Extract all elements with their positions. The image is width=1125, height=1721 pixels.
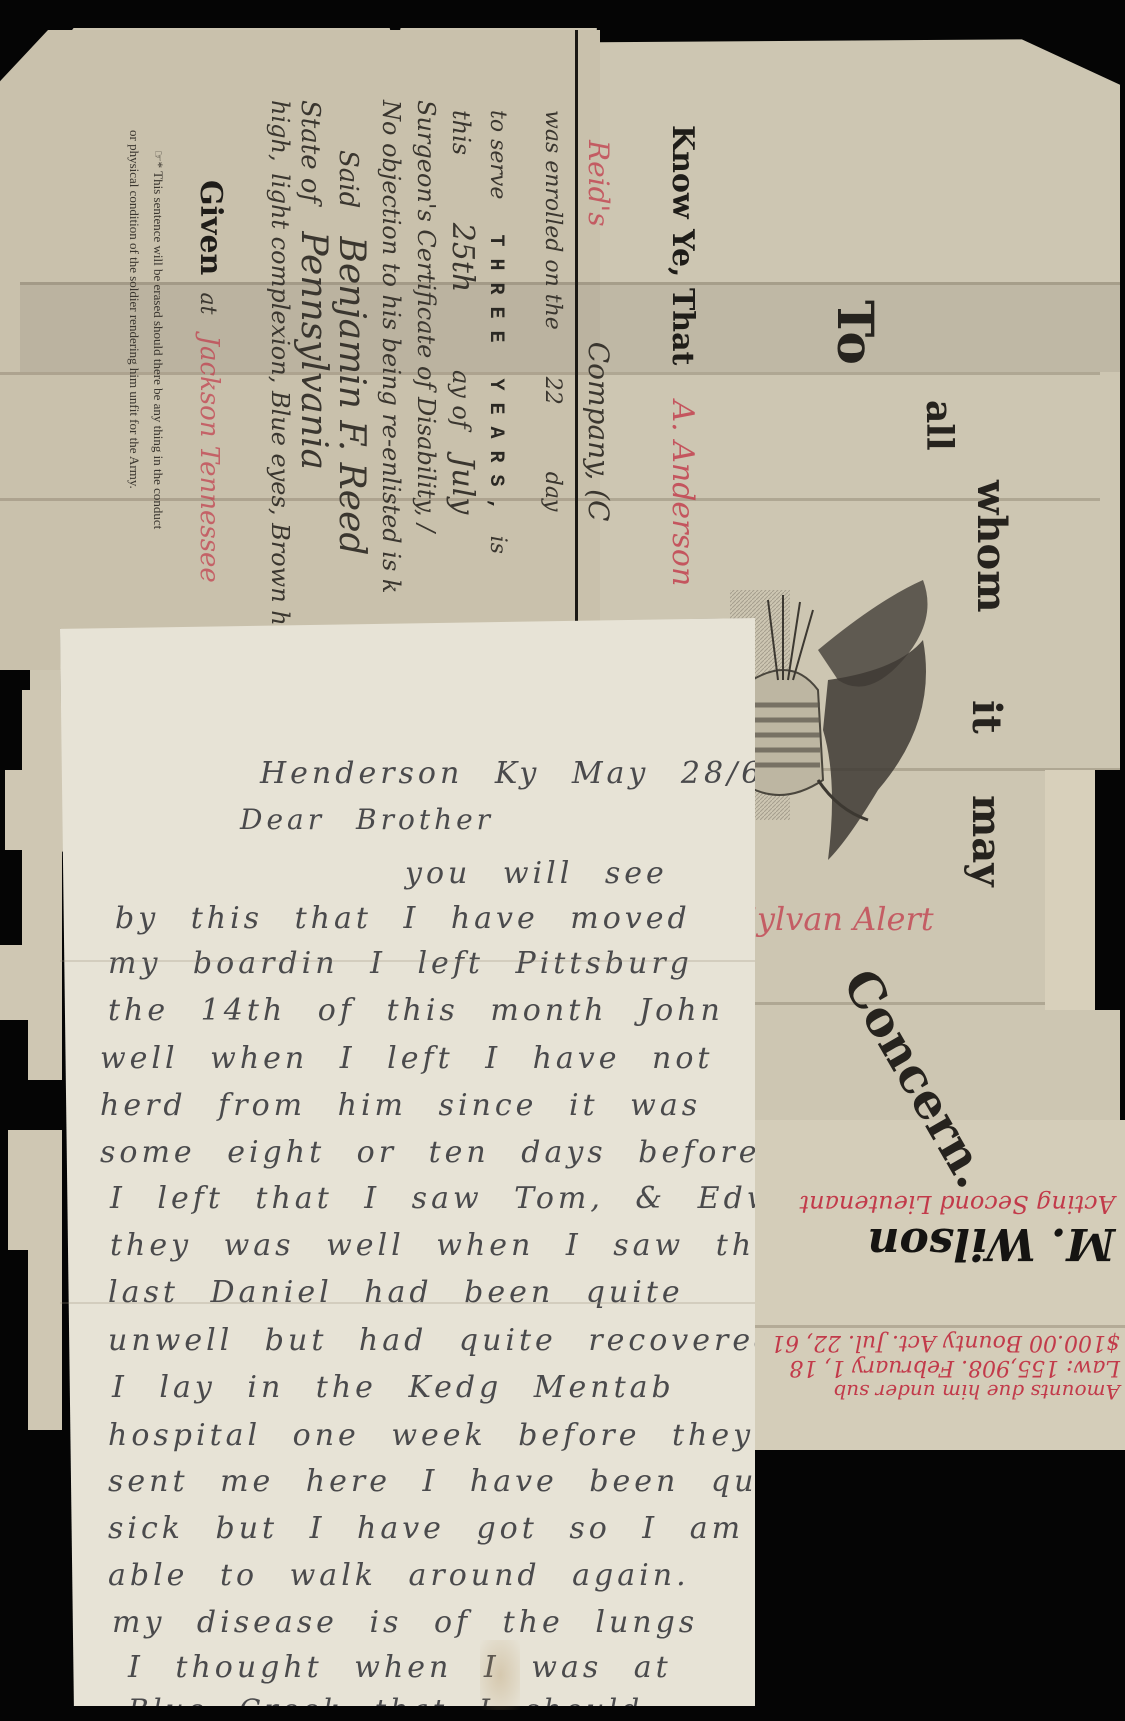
torn-tab (5, 770, 62, 850)
cert-line-enrolled: was enrolled on the 22 day (540, 110, 565, 511)
torn-tab (8, 1130, 62, 1250)
letter-line: sick but I have got so I am (108, 1511, 744, 1546)
background-gap (1095, 770, 1125, 1010)
filled-text: July (445, 456, 480, 514)
letter-line: Blue Creek that I should (128, 1693, 643, 1721)
certificate-footnote-1: ☞* This sentence will be erased should t… (150, 150, 166, 529)
cert-line-said: Said Benjamin F. Reed (331, 150, 372, 555)
letter-heading: Henderson Ky May 28/62 (260, 756, 787, 791)
title-word-whom: whom (968, 480, 1015, 613)
letter-line: herd from him since it was (100, 1088, 701, 1123)
printed-text: State of (295, 100, 325, 203)
filled-text: A. Anderson (665, 400, 700, 586)
handwritten-letter: Henderson Ky May 28/62 Dear Brother you … (60, 618, 755, 1706)
printed-text: to serve (485, 110, 510, 199)
cert-line-surgeon: Surgeon's Certificate of Disability, / (412, 100, 440, 532)
center-fold-crease (575, 30, 578, 650)
letter-line: my disease is of the lungs (112, 1605, 698, 1640)
officer-title: Acting Second Lieutenant (735, 1190, 1115, 1218)
given-at-location: Jackson Tennessee (194, 336, 224, 583)
torn-tab (28, 1020, 62, 1080)
torn-tab (22, 690, 62, 770)
printed-text: high, (266, 100, 294, 162)
given-label: Given (193, 180, 228, 275)
torn-tab (0, 945, 62, 1020)
letter-fold-line (60, 960, 755, 962)
letter-line: you will see (405, 856, 668, 891)
letter-line: I thought when I was at (128, 1650, 672, 1685)
cert-line-reenlist: No objection to his being re-enlisted is… (377, 100, 405, 593)
officer-signature-block: M. Wilson Acting Second Lieutenant (735, 1190, 1115, 1269)
printed-text: this (447, 110, 475, 155)
filled-text: Reid's (582, 140, 615, 227)
eagle-shield-engraving-icon (728, 580, 948, 880)
filled-text: 25th (445, 223, 480, 293)
given-at-line: Given at Jackson Tennessee (193, 180, 228, 583)
cert-line-term: to serve THREE YEARS, is (484, 110, 510, 554)
letter-line: last Daniel had been quite (108, 1275, 684, 1310)
filled-text: Pennsylvania (293, 231, 334, 470)
cert-line-date: this 25th ay of July (445, 110, 480, 514)
letter-salutation: Dear Brother (240, 803, 494, 836)
cert-line-state: State of Pennsylvania (293, 100, 334, 470)
cert-line-company: Reid's Company, (C (582, 140, 615, 521)
paper-stain (480, 1640, 520, 1710)
bounty-note-3: Amounts due him under sub (745, 1380, 1120, 1404)
filled-text: light complexion, Blue eyes, Brown hair (266, 173, 294, 659)
printed-text: ay of (447, 370, 475, 429)
title-word-all: all (918, 400, 960, 451)
printed-text: Company, (C (582, 342, 615, 522)
letter-line: I lay in the Kedg Mentab (112, 1370, 675, 1405)
title-word-it: it (963, 700, 1010, 734)
filled-text: 22 (540, 377, 565, 405)
printed-text: was enrolled on the (540, 110, 565, 330)
letter-line: unwell but had quite recovered (108, 1323, 777, 1358)
letter-line: well when I left I have not (100, 1041, 713, 1076)
printed-text: Said (333, 150, 363, 208)
witness-signature: Sylvan Alert (735, 900, 934, 938)
letter-line: able to walk around again. (108, 1558, 690, 1593)
letter-line: by this that I have moved (115, 901, 691, 936)
cert-line-know-ye: Know Ye, That A. Anderson (665, 125, 700, 586)
certificate-footnote-2: or physical condition of the soldier ren… (126, 130, 142, 489)
letter-line: my boardin I left Pittsburg (108, 946, 693, 981)
title-word-to: To (826, 300, 885, 365)
fold-shadow (20, 282, 1120, 372)
title-word-may: may (963, 795, 1010, 886)
bounty-note-1: $100.00 Bounty Act. Jul. 22, 61 (745, 1330, 1120, 1355)
letter-line: they was well when I saw them (110, 1228, 809, 1263)
letter-line: the 14th of this month John was (108, 993, 826, 1028)
filled-text: Benjamin F. Reed (331, 237, 372, 556)
torn-tab (22, 850, 62, 945)
bounty-note-2: Law: 155,908. February 1, 18 (745, 1355, 1120, 1380)
given-at-prefix: at (195, 292, 220, 314)
printed-text: Know Ye, That (665, 125, 700, 365)
red-bounty-notes: Amounts due him under sub Law: 155,908. … (745, 1330, 1120, 1404)
cert-line-description: high, light complexion, Blue eyes, Brown… (266, 100, 294, 659)
three-years-text: THREE YEARS, (484, 234, 507, 522)
letter-line: I left that I saw Tom, & Edw, (110, 1181, 786, 1216)
printed-text: is (485, 536, 510, 554)
fold-line (740, 1325, 1125, 1328)
letter-line: hospital one week before they (108, 1418, 754, 1453)
letter-line: some eight or ten days before (100, 1135, 760, 1170)
letter-fold-line (60, 1302, 755, 1304)
officer-signature: M. Wilson (735, 1218, 1115, 1269)
letter-line: sent me here I have been quite (108, 1464, 809, 1499)
printed-text: day (540, 472, 565, 512)
fold-line (20, 282, 1120, 285)
torn-tab (28, 1250, 62, 1430)
